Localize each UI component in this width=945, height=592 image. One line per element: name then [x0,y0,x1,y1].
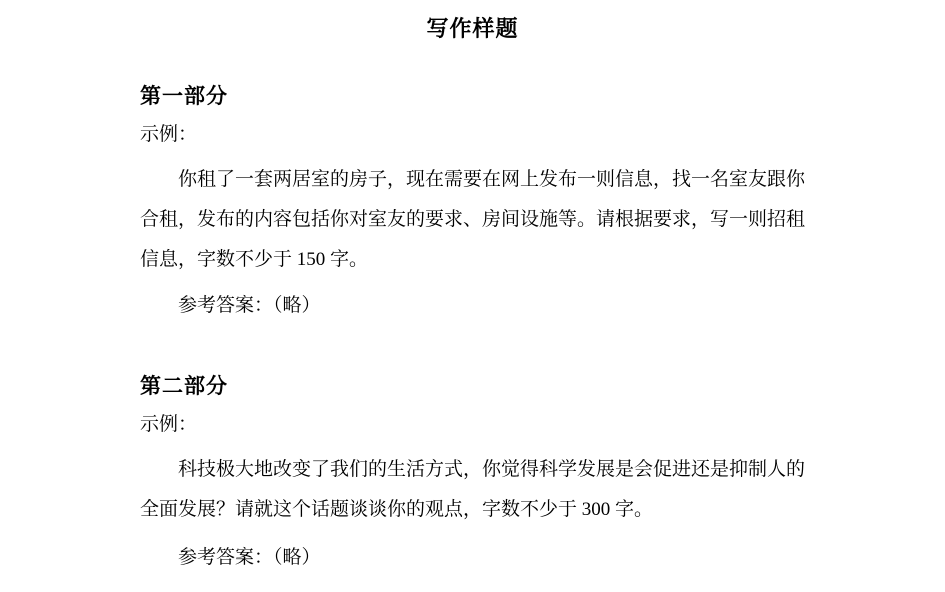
page-title: 写作样题 [140,14,805,44]
paragraph-line: 合租，发布的内容包括你对室友的要求、房间设施等。请根据要求，写一则招租 [140,200,805,240]
part-2-heading: 第二部分 [140,374,805,400]
section-part-1: 第一部分 示例： 你租了一套两居室的房子，现在需要在网上发布一则信息，找一名室友… [140,84,805,320]
part-2-example-label: 示例： [140,412,805,438]
paragraph-line: 你租了一套两居室的房子，现在需要在网上发布一则信息，找一名室友跟你 [140,160,805,200]
part-1-example-label: 示例： [140,122,805,148]
part-1-heading: 第一部分 [140,84,805,110]
part-2-paragraph: 科技极大地改变了我们的生活方式，你觉得科学发展是会促进还是抑制人的 全面发展？请… [140,450,805,530]
paragraph-line: 科技极大地改变了我们的生活方式，你觉得科学发展是会促进还是抑制人的 [140,450,805,490]
part-1-paragraph: 你租了一套两居室的房子，现在需要在网上发布一则信息，找一名室友跟你 合租，发布的… [140,160,805,280]
paragraph-line: 全面发展？请就这个话题谈谈你的观点，字数不少于 300 字。 [140,490,805,530]
section-part-2: 第二部分 示例： 科技极大地改变了我们的生活方式，你觉得科学发展是会促进还是抑制… [140,374,805,572]
paragraph-line: 信息，字数不少于 150 字。 [140,240,805,280]
part-1-reference-answer: 参考答案：（略） [140,292,805,320]
document-page: 写作样题 第一部分 示例： 你租了一套两居室的房子，现在需要在网上发布一则信息，… [0,0,945,592]
part-2-reference-answer: 参考答案：（略） [140,544,805,572]
